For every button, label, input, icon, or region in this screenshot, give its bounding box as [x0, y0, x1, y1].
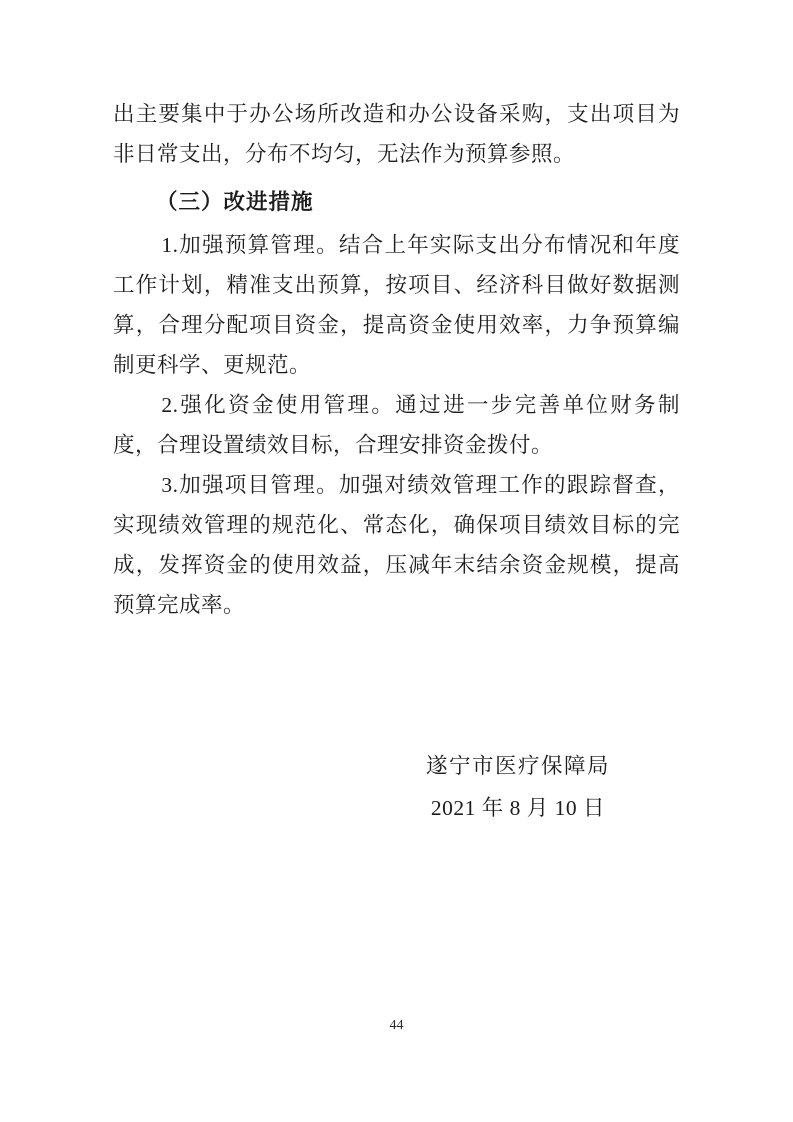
section-heading: （三）改进措施 [113, 182, 680, 222]
page-number: 44 [0, 1016, 793, 1036]
signature-organization: 遂宁市医疗保障局 [426, 745, 610, 787]
measure-paragraph-2: 2.强化资金使用管理。通过进一步完善单位财务制度，合理设置绩效目标，合理安排资金… [113, 385, 680, 465]
document-content: 出主要集中于办公场所改造和办公设备采购，支出项目为非日常支出，分布不均匀，无法作… [113, 94, 680, 829]
signature-block: 遂宁市医疗保障局 2021 年 8 月 10 日 [426, 745, 610, 829]
measure-paragraph-1: 1.加强预算管理。结合上年实际支出分布情况和年度工作计划，精准支出预算，按项目、… [113, 225, 680, 385]
signature-date: 2021 年 8 月 10 日 [431, 787, 605, 829]
continuation-paragraph: 出主要集中于办公场所改造和办公设备采购，支出项目为非日常支出，分布不均匀，无法作… [113, 94, 680, 174]
measure-paragraph-3: 3.加强项目管理。加强对绩效管理工作的跟踪督查，实现绩效管理的规范化、常态化，确… [113, 465, 680, 625]
document-page: 出主要集中于办公场所改造和办公设备采购，支出项目为非日常支出，分布不均匀，无法作… [0, 0, 793, 1122]
